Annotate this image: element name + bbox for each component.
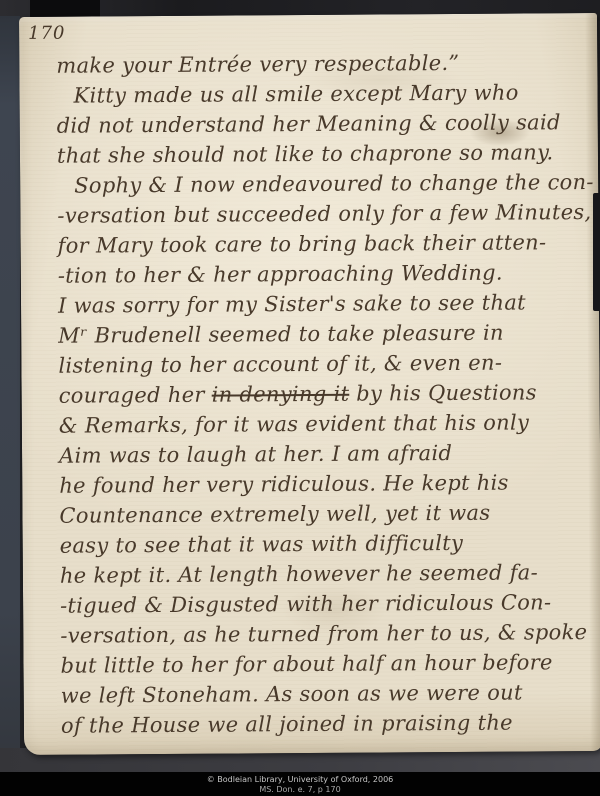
manuscript-line-with-deletion: couraged her in denying it by his Questi… <box>59 377 597 411</box>
manuscript-line: of the House we all joined in praising t… <box>61 707 599 741</box>
manuscript-line: -tion to her & her approaching Wedding. <box>58 257 596 291</box>
manuscript-line: Aim was to laugh at her. I am afraid <box>59 437 597 471</box>
manuscript-line: -versation but succeeded only for a few … <box>57 197 595 231</box>
manuscript-line: did not understand her Meaning & coolly … <box>57 107 595 141</box>
manuscript-line: Countenance extremely well, yet it was <box>59 497 597 531</box>
shelfmark-line: MS. Don. e. 7, p 170 <box>0 785 600 795</box>
manuscript-line: & Remarks, for it was evident that his o… <box>59 407 597 441</box>
fore-edge <box>593 193 600 311</box>
manuscript-line: -tigued & Disgusted with her ridiculous … <box>60 587 598 621</box>
manuscript-line: that she should not like to chaprone so … <box>57 137 595 171</box>
manuscript-line: -versation, as he turned from her to us,… <box>60 617 598 651</box>
manuscript-line: Sophy & I now endeavoured to change the … <box>57 167 595 201</box>
manuscript-line: Kitty made us all smile except Mary who <box>56 77 594 111</box>
manuscript-line: easy to see that it was with difficulty <box>60 527 598 561</box>
footer-bar: © Bodleian Library, University of Oxford… <box>0 772 600 796</box>
manuscript-line: he kept it. At length however he seemed … <box>60 557 598 591</box>
copyright-line: © Bodleian Library, University of Oxford… <box>0 775 600 785</box>
struck-text: in denying it <box>212 382 350 407</box>
manuscript-line: he found her very ridiculous. He kept hi… <box>59 467 597 501</box>
manuscript-line: make your Entrée very respectable.” <box>56 47 594 81</box>
manuscript-page: 170 make your Entrée very respectable.” … <box>19 13 600 755</box>
line-segment: couraged her <box>59 383 212 408</box>
manuscript-line: for Mary took care to bring back their a… <box>57 227 595 261</box>
manuscript-photo: 170 make your Entrée very respectable.” … <box>0 0 600 796</box>
page-number: 170 <box>28 23 66 44</box>
manuscript-line: Mʳ Brudenell seemed to take pleasure in <box>58 317 596 351</box>
manuscript-line: but little to her for about half an hour… <box>60 647 598 681</box>
manuscript-line: listening to her account of it, & even e… <box>58 347 596 381</box>
manuscript-line: we left Stoneham. As soon as we were out <box>61 677 599 711</box>
book-gutter <box>0 16 20 758</box>
line-segment: by his Questions <box>349 380 537 405</box>
manuscript-text: make your Entrée very respectable.” Kitt… <box>56 47 599 741</box>
manuscript-line: I was sorry for my Sister's sake to see … <box>58 287 596 321</box>
